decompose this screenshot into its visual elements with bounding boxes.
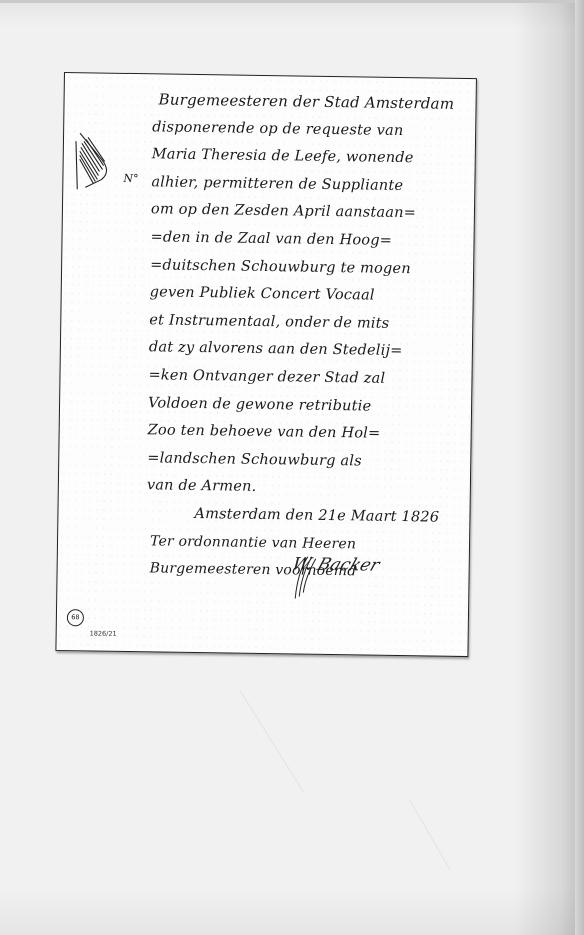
document-body: Burgemeesteren der Stad Amsterdam dispon… [145, 86, 470, 587]
scan-top-edge [0, 0, 584, 3]
archive-number: 1826/21 [90, 629, 117, 637]
text-line: Zoo ten behoeve van den Hol= [147, 417, 465, 449]
text-line: Maria Theresia de Leefe, wonende [152, 142, 470, 174]
text-line: =ken Ontvanger dezer Stad zal [148, 362, 466, 394]
text-line: Burgemeesteren der Stad Amsterdam [152, 86, 470, 118]
text-line: geven Publiek Concert Vocaal [150, 279, 468, 311]
text-line: =den in de Zaal van den Hoog= [150, 224, 468, 256]
margin-flourish-icon [71, 131, 116, 194]
margin-number-label: N° [123, 172, 138, 185]
date-line: Amsterdam den 21e Maart 1826 [146, 500, 464, 532]
scan-right-edge-shadow [575, 0, 584, 935]
signature: W. Backer [289, 554, 382, 575]
document-card: N° Burgemeesteren der Stad Amsterdam dis… [55, 72, 477, 657]
